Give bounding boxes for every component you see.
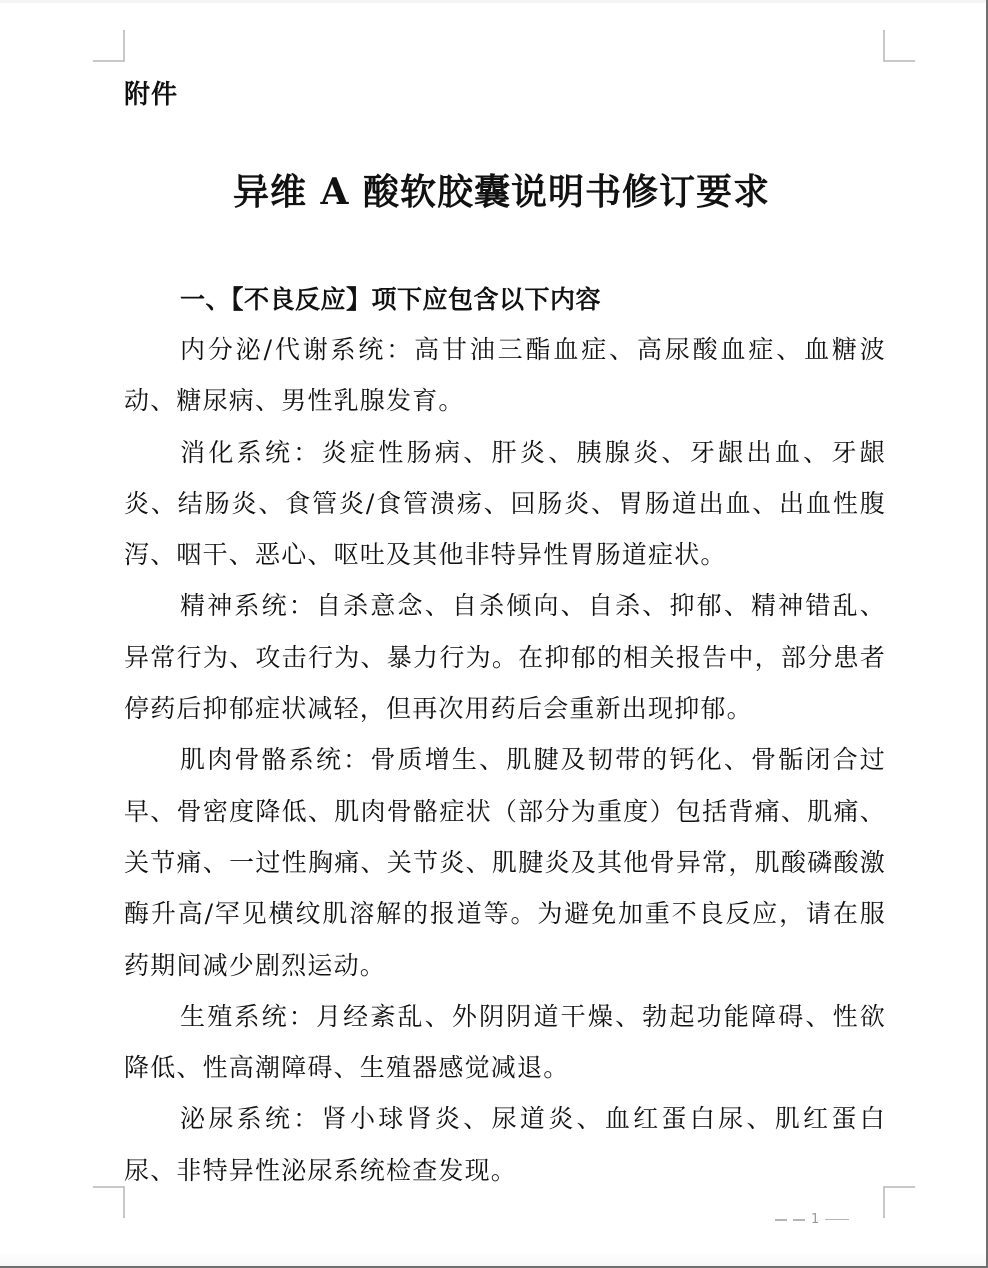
page-number-dash-right xyxy=(825,1219,849,1220)
paragraph-urinary: 泌尿系统：肾小球肾炎、尿道炎、血红蛋白尿、肌红蛋白尿、非特异性泌尿系统检查发现。 xyxy=(124,1093,886,1196)
document-page: 附件 异维 A 酸软胶囊说明书修订要求 一、【不良反应】项下应包含以下内容 内分… xyxy=(0,0,988,1268)
paragraph-psychiatric: 精神系统：自杀意念、自杀倾向、自杀、抑郁、精神错乱、异常行为、攻击行为、暴力行为… xyxy=(124,580,886,734)
page-number-footer: 1 xyxy=(775,1212,849,1227)
paragraph-reproductive: 生殖系统：月经紊乱、外阴阴道干燥、勃起功能障碍、性欲降低、性高潮障碍、生殖器感觉… xyxy=(124,991,886,1094)
section-heading: 一、【不良反应】项下应包含以下内容 xyxy=(180,280,601,316)
paragraph-endocrine-metabolic: 内分泌/代谢系统：高甘油三酯血症、高尿酸血症、血糖波动、糖尿病、男性乳腺发育。 xyxy=(124,324,886,427)
attachment-label: 附件 xyxy=(124,74,178,111)
page-number-dash-left xyxy=(775,1219,787,1221)
paragraph-musculoskeletal: 肌肉骨骼系统：骨质增生、肌腱及韧带的钙化、骨骺闭合过早、骨密度降低、肌肉骨骼症状… xyxy=(124,734,886,990)
page-number-dash-left-2 xyxy=(793,1219,805,1221)
crop-mark-bottom-left xyxy=(93,1186,125,1218)
crop-mark-bottom-right xyxy=(883,1186,915,1218)
document-title: 异维 A 酸软胶囊说明书修订要求 xyxy=(0,164,988,215)
crop-mark-top-right xyxy=(883,30,915,62)
crop-mark-top-left xyxy=(93,30,125,62)
page-number: 1 xyxy=(811,1212,819,1227)
document-body: 内分泌/代谢系统：高甘油三酯血症、高尿酸血症、血糖波动、糖尿病、男性乳腺发育。 … xyxy=(124,324,886,1196)
paragraph-digestive: 消化系统：炎症性肠病、肝炎、胰腺炎、牙龈出血、牙龈炎、结肠炎、食管炎/食管溃疡、… xyxy=(124,427,886,581)
